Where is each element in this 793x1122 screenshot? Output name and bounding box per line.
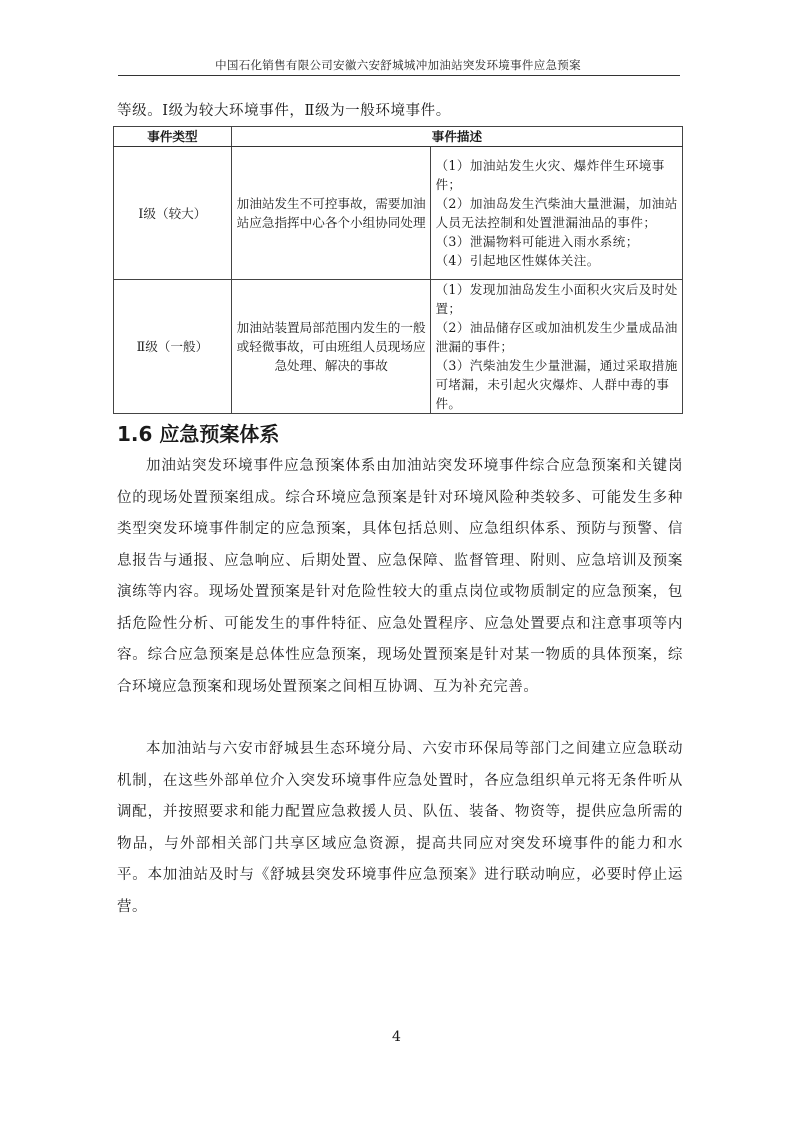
detail-item: （1）发现加油岛发生小面积火灾后及时处置； — [435, 280, 678, 318]
detail-item: （3）汽柴油发生少量泄漏，通过采取措施可堵漏，未引起火灾爆炸、人群中毒的事件。 — [435, 356, 678, 413]
event-summary-cell: 加油站装置局部范围内发生的一般或轻微事故，可由班组人员现场应急处理、解决的事故 — [231, 280, 431, 414]
column-header-event-type: 事件类型 — [114, 127, 232, 147]
event-classification-table: 事件类型 事件描述 Ⅰ级（较大） 加油站发生不可控事故，需要加油站应急指挥中心各… — [113, 126, 683, 414]
lead-text: 等级。Ⅰ级为较大环境事件，Ⅱ级为一般环境事件。 — [117, 99, 451, 120]
table-row: Ⅰ级（较大） 加油站发生不可控事故，需要加油站应急指挥中心各个小组协同处理 （1… — [114, 147, 683, 280]
column-header-event-description: 事件描述 — [231, 127, 682, 147]
table-header-row: 事件类型 事件描述 — [114, 127, 683, 147]
event-level-cell: Ⅱ级（一般） — [114, 280, 232, 414]
body-paragraph: 本加油站与六安市舒城县生态环境分局、六安市环保局等部门之间建立应急联动机制，在这… — [117, 734, 683, 923]
running-header-title: 中国石化销售有限公司安徽六安舒城城冲加油站突发环境事件应急预案 — [118, 57, 678, 73]
header-divider — [118, 75, 680, 76]
table-row: Ⅱ级（一般） 加油站装置局部范围内发生的一般或轻微事故，可由班组人员现场应急处理… — [114, 280, 683, 414]
detail-item: （2）加油岛发生汽柴油大量泄漏，加油站人员无法控制和处置泄漏油品的事件； — [435, 194, 678, 232]
detail-item: （2）油品储存区或加油机发生少量成品油泄漏的事件； — [435, 318, 678, 356]
event-level-cell: Ⅰ级（较大） — [114, 147, 232, 280]
body-paragraph: 加油站突发环境事件应急预案体系由加油站突发环境事件综合应急预案和关键岗位的现场处… — [117, 451, 683, 703]
detail-item: （1）加油站发生火灾、爆炸伴生环境事件； — [435, 156, 678, 194]
page-number: 4 — [0, 1029, 793, 1045]
event-summary-cell: 加油站发生不可控事故，需要加油站应急指挥中心各个小组协同处理 — [231, 147, 431, 280]
section-heading: 1.6 应急预案体系 — [117, 418, 279, 447]
event-details-cell: （1）加油站发生火灾、爆炸伴生环境事件； （2）加油岛发生汽柴油大量泄漏，加油站… — [431, 147, 683, 280]
detail-item: （3）泄漏物料可能进入雨水系统； — [435, 232, 678, 251]
event-details-cell: （1）发现加油岛发生小面积火灾后及时处置； （2）油品储存区或加油机发生少量成品… — [431, 280, 683, 414]
detail-item: （4）引起地区性媒体关注。 — [435, 251, 678, 270]
